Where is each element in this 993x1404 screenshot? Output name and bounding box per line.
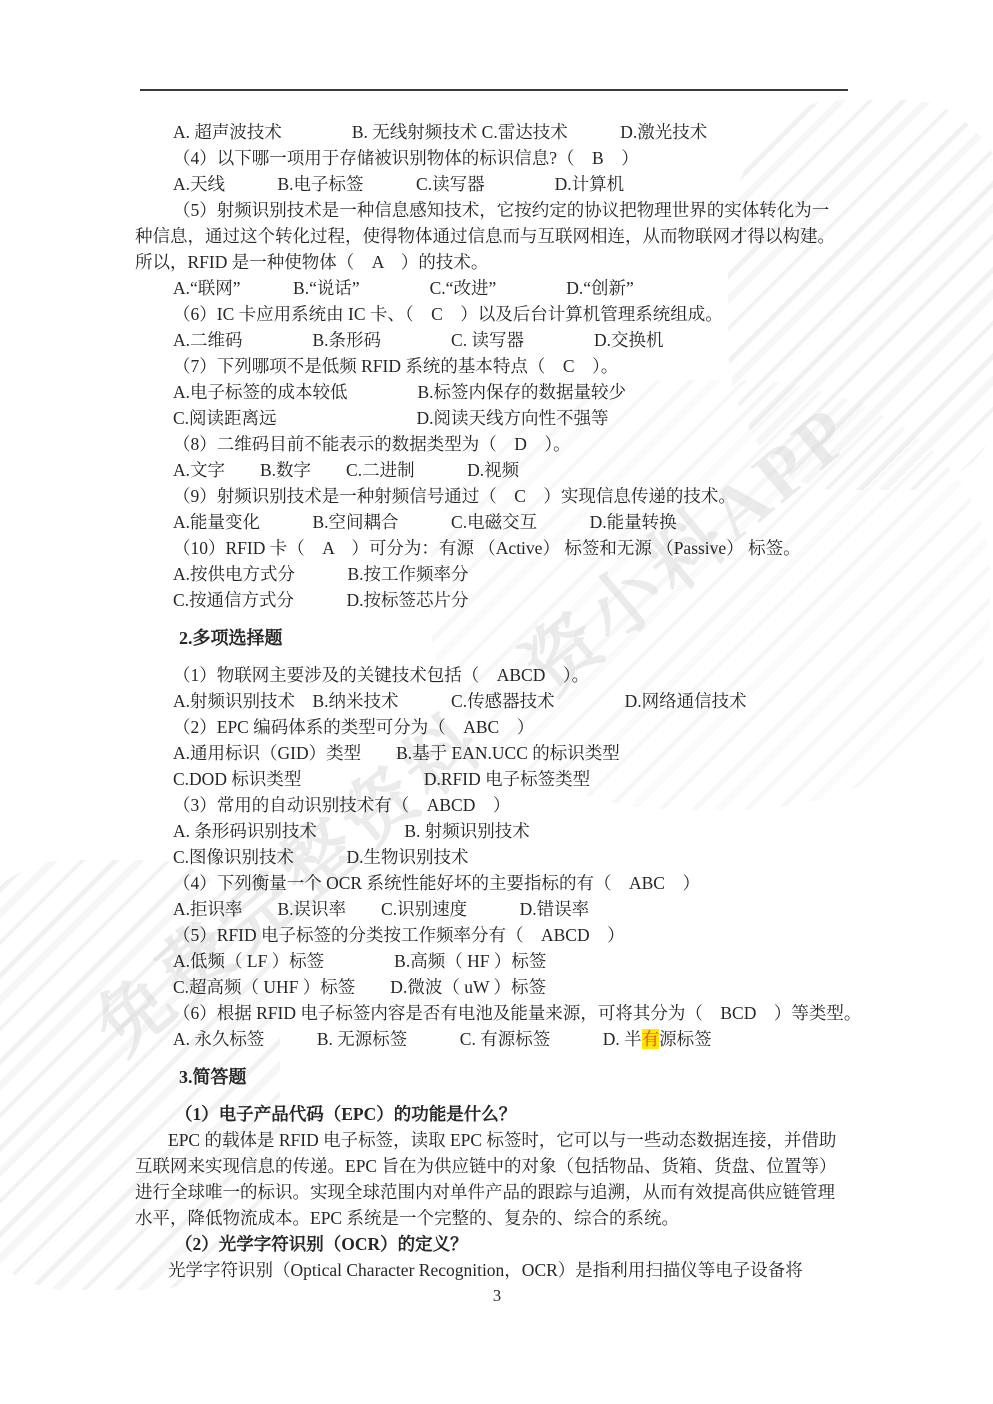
text-run: A.天线 B.电子标签 C.读写器 D.计算机 <box>173 174 624 194</box>
text-run: 水平，降低物流成本。EPC 系统是一个完整的、复杂的、综合的系统。 <box>135 1208 679 1228</box>
doc-line: （2）光学字符识别（OCR）的定义？ <box>135 1231 859 1257</box>
doc-line: （1）电子产品代码（EPC）的功能是什么？ <box>135 1101 859 1127</box>
doc-line: 光学字符识别（Optical Character Recognition，OCR… <box>135 1257 859 1283</box>
text-run: （5）RFID 电子标签的分类按工作频率分有（ ABCD ） <box>173 925 625 945</box>
text-run: （4）以下哪一项用于存储被识别物体的标识信息?（ B ） <box>173 148 639 168</box>
text-run: A.低频（ LF ）标签 B.高频（ HF ）标签 <box>173 951 546 971</box>
doc-line: （7）下列哪项不是低频 RFID 系统的基本特点（ C ）。 <box>135 353 859 379</box>
doc-line: （3）常用的自动识别技术有（ ABCD ） <box>135 792 859 818</box>
text-run: 光学字符识别（Optical Character Recognition，OCR… <box>168 1260 803 1280</box>
doc-line: （6）IC 卡应用系统由 IC 卡、（ C ）以及后台计算机管理系统组成。 <box>135 301 859 327</box>
document-body: A. 超声波技术 B. 无线射频技术 C.雷达技术 D.激光技术（4）以下哪一项… <box>135 119 859 1283</box>
text-run: C.图像识别技术 D.生物识别技术 <box>173 847 469 867</box>
doc-line: EPC 的载体是 RFID 电子标签，读取 EPC 标签时，它可以与一些动态数据… <box>135 1127 859 1153</box>
doc-line: （4）以下哪一项用于存储被识别物体的标识信息?（ B ） <box>135 145 859 171</box>
doc-line: C.按通信方式分 D.按标签芯片分 <box>135 587 859 613</box>
doc-line: （5）射频识别技术是一种信息感知技术，它按约定的协议把物理世界的实体转化为一 <box>135 197 859 223</box>
text-run: （10）RFID 卡（ A ）可分为：有源 （Active） 标签和无源 （Pa… <box>173 538 801 558</box>
text-run: C.DOD 标识类型 D.RFID 电子标签类型 <box>173 769 590 789</box>
doc-line: C.DOD 标识类型 D.RFID 电子标签类型 <box>135 766 859 792</box>
text-run: （5）射频识别技术是一种信息感知技术，它按约定的协议把物理世界的实体转化为一 <box>173 200 829 220</box>
text-run: A.二维码 B.条形码 C. 读写器 D.交换机 <box>173 330 664 350</box>
text-run: A.电子标签的成本较低 B.标签内保存的数据量较少 <box>173 382 626 402</box>
text-run: 源标签 <box>659 1029 712 1049</box>
highlighted-char: 有 <box>642 1029 660 1049</box>
text-run: （3）常用的自动识别技术有（ ABCD ） <box>173 795 510 815</box>
doc-line: 水平，降低物流成本。EPC 系统是一个完整的、复杂的、综合的系统。 <box>135 1205 859 1231</box>
text-run: 2.多项选择题 <box>179 628 283 648</box>
doc-line: （8）二维码目前不能表示的数据类型为（ D ）。 <box>135 431 859 457</box>
doc-line: A.电子标签的成本较低 B.标签内保存的数据量较少 <box>135 379 859 405</box>
text-run: 互联网来实现信息的传递。EPC 旨在为供应链中的对象（包括物品、货箱、货盘、位置… <box>135 1156 836 1176</box>
doc-line: A.“联网” B.“说话” C.“改进” D.“创新” <box>135 275 859 301</box>
text-run: （1）物联网主要涉及的关键技术包括（ ABCD ）。 <box>173 665 589 685</box>
doc-line: 互联网来实现信息的传递。EPC 旨在为供应链中的对象（包括物品、货箱、货盘、位置… <box>135 1153 859 1179</box>
text-run: （2）EPC 编码体系的类型可分为（ ABC ） <box>173 717 534 737</box>
text-run: （2）光学字符识别（OCR）的定义？ <box>175 1234 468 1254</box>
text-run: C.按通信方式分 D.按标签芯片分 <box>173 590 469 610</box>
text-run: EPC 的载体是 RFID 电子标签，读取 EPC 标签时，它可以与一些动态数据… <box>168 1130 836 1150</box>
doc-line: A.低频（ LF ）标签 B.高频（ HF ）标签 <box>135 948 859 974</box>
text-run: （1）电子产品代码（EPC）的功能是什么？ <box>175 1104 516 1124</box>
page-number: 3 <box>135 1283 859 1309</box>
text-run: 种信息，通过这个转化过程，使得物体通过信息而与互联网相连，从而物联网才得以构建。 <box>135 226 835 246</box>
doc-line: C.超高频（ UHF ）标签 D.微波（ uW ）标签 <box>135 974 859 1000</box>
text-run: A.能量变化 B.空间耦合 C.电磁交互 D.能量转换 <box>173 512 677 532</box>
text-run: 进行全球唯一的标识。实现全球范围内对单件产品的跟踪与追溯，从而有效提高供应链管理 <box>135 1182 835 1202</box>
document-page: 免费完整资料 资小料APP A. 超声波技术 B. 无线射频技术 C.雷达技术 … <box>0 0 993 1404</box>
doc-line: C.阅读距离远 D.阅读天线方向性不强等 <box>135 405 859 431</box>
doc-line: 种信息，通过这个转化过程，使得物体通过信息而与互联网相连，从而物联网才得以构建。 <box>135 223 859 249</box>
text-run: （6）根据 RFID 电子标签内容是否有电池及能量来源，可将其分为（ BCD ）… <box>173 1003 861 1023</box>
text-run: A.通用标识（GID）类型 B.基于 EAN.UCC 的标识类型 <box>173 743 620 763</box>
text-run: A.“联网” B.“说话” C.“改进” D.“创新” <box>173 278 634 298</box>
section-heading: 3.简答题 <box>135 1064 859 1090</box>
doc-line: （2）EPC 编码体系的类型可分为（ ABC ） <box>135 714 859 740</box>
doc-line: A. 条形码识别技术 B. 射频识别技术 <box>135 818 859 844</box>
doc-line: A. 永久标签 B. 无源标签 C. 有源标签 D. 半有源标签 <box>135 1026 859 1052</box>
doc-line: A.能量变化 B.空间耦合 C.电磁交互 D.能量转换 <box>135 509 859 535</box>
doc-line: A.通用标识（GID）类型 B.基于 EAN.UCC 的标识类型 <box>135 740 859 766</box>
text-run: （6）IC 卡应用系统由 IC 卡、（ C ）以及后台计算机管理系统组成。 <box>173 304 723 324</box>
text-run: （8）二维码目前不能表示的数据类型为（ D ）。 <box>173 434 571 454</box>
text-run: （4）下列衡量一个 OCR 系统性能好坏的主要指标的有（ ABC ） <box>173 873 700 893</box>
doc-line: 所以，RFID 是一种使物体（ A ）的技术。 <box>135 249 859 275</box>
text-run: A. 条形码识别技术 B. 射频识别技术 <box>173 821 530 841</box>
doc-line: C.图像识别技术 D.生物识别技术 <box>135 844 859 870</box>
doc-line: A.文字 B.数字 C.二进制 D.视频 <box>135 457 859 483</box>
doc-line: A.二维码 B.条形码 C. 读写器 D.交换机 <box>135 327 859 353</box>
doc-line: A.拒识率 B.误识率 C.识别速度 D.错误率 <box>135 896 859 922</box>
text-run: （7）下列哪项不是低频 RFID 系统的基本特点（ C ）。 <box>173 356 618 376</box>
doc-line: A.射频识别技术 B.纳米技术 C.传感器技术 D.网络通信技术 <box>135 688 859 714</box>
doc-line: （4）下列衡量一个 OCR 系统性能好坏的主要指标的有（ ABC ） <box>135 870 859 896</box>
text-run: A.文字 B.数字 C.二进制 D.视频 <box>173 460 519 480</box>
text-run: A.按供电方式分 B.按工作频率分 <box>173 564 469 584</box>
section-heading: 2.多项选择题 <box>135 625 859 651</box>
text-run: 3.简答题 <box>179 1067 247 1087</box>
doc-line: （5）RFID 电子标签的分类按工作频率分有（ ABCD ） <box>135 922 859 948</box>
doc-line: （1）物联网主要涉及的关键技术包括（ ABCD ）。 <box>135 662 859 688</box>
doc-line: （6）根据 RFID 电子标签内容是否有电池及能量来源，可将其分为（ BCD ）… <box>135 1000 859 1026</box>
doc-line: 进行全球唯一的标识。实现全球范围内对单件产品的跟踪与追溯，从而有效提高供应链管理 <box>135 1179 859 1205</box>
text-run: A. 永久标签 B. 无源标签 C. 有源标签 D. 半 <box>173 1029 642 1049</box>
doc-line: A.按供电方式分 B.按工作频率分 <box>135 561 859 587</box>
header-rule <box>140 89 848 91</box>
text-run: A. 超声波技术 B. 无线射频技术 C.雷达技术 D.激光技术 <box>173 122 707 142</box>
text-run: C.超高频（ UHF ）标签 D.微波（ uW ）标签 <box>173 977 546 997</box>
text-run: 所以，RFID 是一种使物体（ A ）的技术。 <box>135 252 488 272</box>
doc-line: （10）RFID 卡（ A ）可分为：有源 （Active） 标签和无源 （Pa… <box>135 535 859 561</box>
text-run: A.射频识别技术 B.纳米技术 C.传感器技术 D.网络通信技术 <box>173 691 747 711</box>
text-run: A.拒识率 B.误识率 C.识别速度 D.错误率 <box>173 899 589 919</box>
doc-line: （9）射频识别技术是一种射频信号通过（ C ）实现信息传递的技术。 <box>135 483 859 509</box>
doc-line: A.天线 B.电子标签 C.读写器 D.计算机 <box>135 171 859 197</box>
doc-line: A. 超声波技术 B. 无线射频技术 C.雷达技术 D.激光技术 <box>135 119 859 145</box>
text-run: C.阅读距离远 D.阅读天线方向性不强等 <box>173 408 609 428</box>
text-run: （9）射频识别技术是一种射频信号通过（ C ）实现信息传递的技术。 <box>173 486 736 506</box>
